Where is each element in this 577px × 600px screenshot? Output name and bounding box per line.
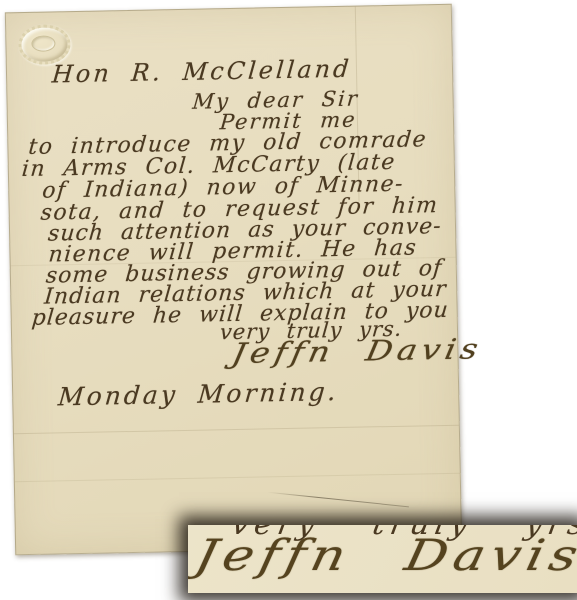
letter-signature: Jeffn Davis: [229, 332, 485, 370]
inset-signature: Jeffn Davis: [191, 531, 577, 581]
paper-fold-horizontal-2: [14, 425, 459, 435]
paper-fold-horizontal-3: [15, 473, 460, 483]
embossed-seal-icon: [18, 24, 71, 65]
letter-line-15: Monday Morning.: [57, 377, 340, 411]
embossed-seal-inner-oval: [31, 35, 55, 51]
pencil-mark: [268, 492, 409, 508]
letter-paper: Hon R. McClellandMy dear SirPermit meto …: [5, 4, 462, 555]
letter-line-1: Hon R. McClelland: [51, 55, 353, 89]
signature-inset: very truly yrs. Jeffn Davis: [188, 525, 577, 593]
photo-canvas: Hon R. McClellandMy dear SirPermit meto …: [0, 0, 577, 600]
letter-body: Hon R. McClellandMy dear SirPermit meto …: [6, 5, 451, 14]
